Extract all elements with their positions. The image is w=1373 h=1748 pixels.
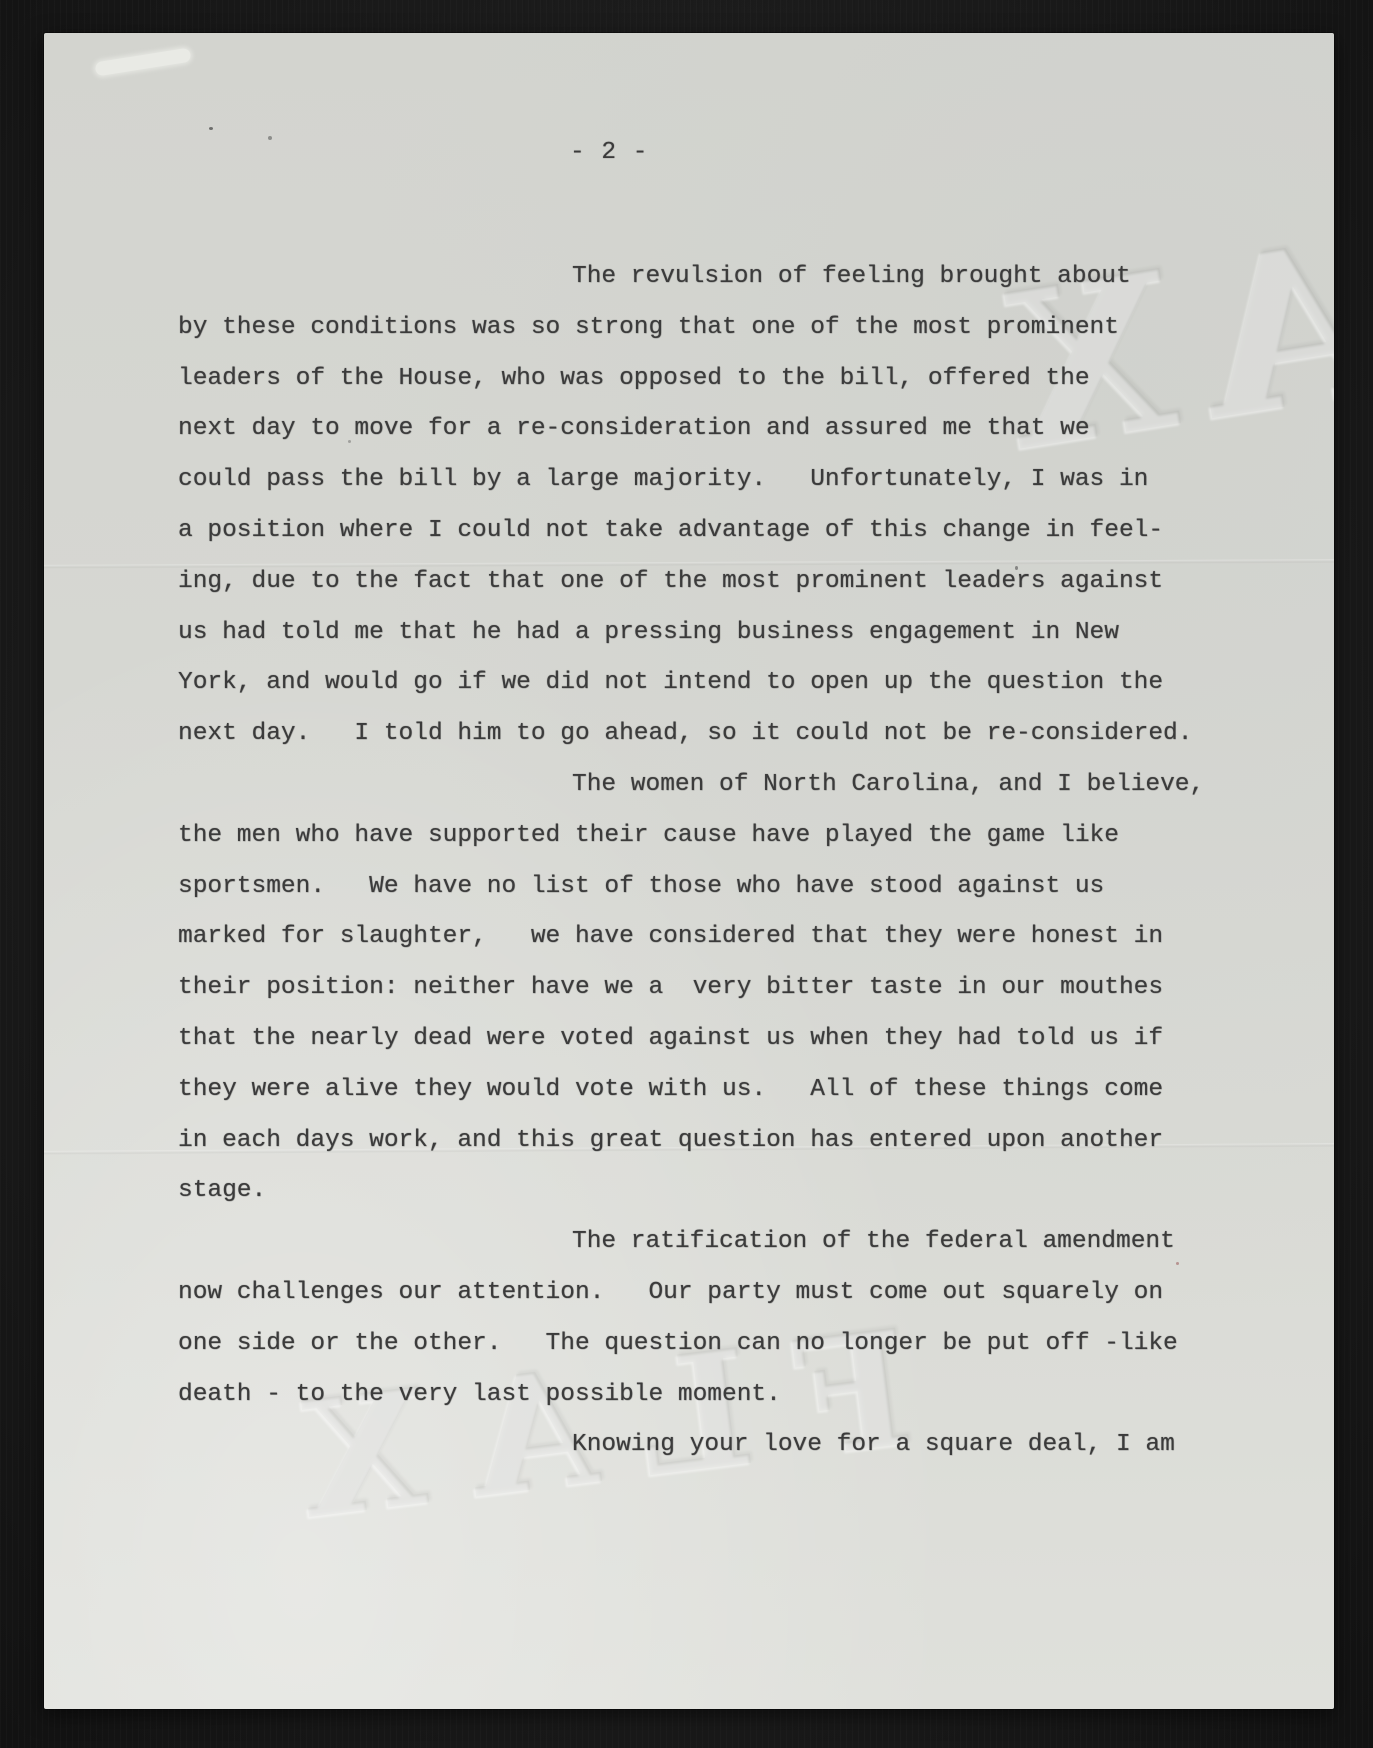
typed-line: they were alive they would vote with us.… <box>178 1065 1248 1116</box>
document-page: FLAX FLAX - 2 - The revulsion of feeling… <box>44 33 1334 1709</box>
typed-line: York, and would go if we did not intend … <box>178 658 1248 709</box>
page-number: - 2 - <box>570 127 649 178</box>
typed-line: the men who have supported their cause h… <box>178 811 1248 862</box>
typed-line: now challenges our attention. Our party … <box>178 1268 1248 1319</box>
typed-line: The revulsion of feeling brought about <box>178 252 1248 303</box>
typed-line: Knowing your love for a square deal, I a… <box>178 1420 1248 1471</box>
typed-line: that the nearly dead were voted against … <box>178 1014 1248 1065</box>
typed-line: stage. <box>178 1166 1248 1217</box>
typed-line: leaders of the House, who was opposed to… <box>178 354 1248 405</box>
typed-line: their position: neither have we a very b… <box>178 963 1248 1014</box>
typed-line: next day to move for a re-consideration … <box>178 404 1248 455</box>
typed-line: death - to the very last possible moment… <box>178 1370 1248 1421</box>
typed-line: marked for slaughter, we have considered… <box>178 912 1248 963</box>
typed-line: The ratification of the federal amendmen… <box>178 1217 1248 1268</box>
typed-line: by these conditions was so strong that o… <box>178 303 1248 354</box>
typed-line: The women of North Carolina, and I belie… <box>178 760 1248 811</box>
typed-line: us had told me that he had a pressing bu… <box>178 608 1248 659</box>
letter-body: The revulsion of feeling brought about b… <box>178 252 1248 1471</box>
paper-scratch <box>94 48 191 77</box>
typed-line: next day. I told him to go ahead, so it … <box>178 709 1248 760</box>
typed-line: ing, due to the fact that one of the mos… <box>178 557 1248 608</box>
paper-speck <box>209 127 213 130</box>
typed-line: one side or the other. The question can … <box>178 1319 1248 1370</box>
typed-line: could pass the bill by a large majority.… <box>178 455 1248 506</box>
typed-line: sportsmen. We have no list of those who … <box>178 862 1248 913</box>
paper-speck <box>268 136 272 140</box>
typed-line: a position where I could not take advant… <box>178 506 1248 557</box>
typed-line: in each days work, and this great questi… <box>178 1116 1248 1167</box>
